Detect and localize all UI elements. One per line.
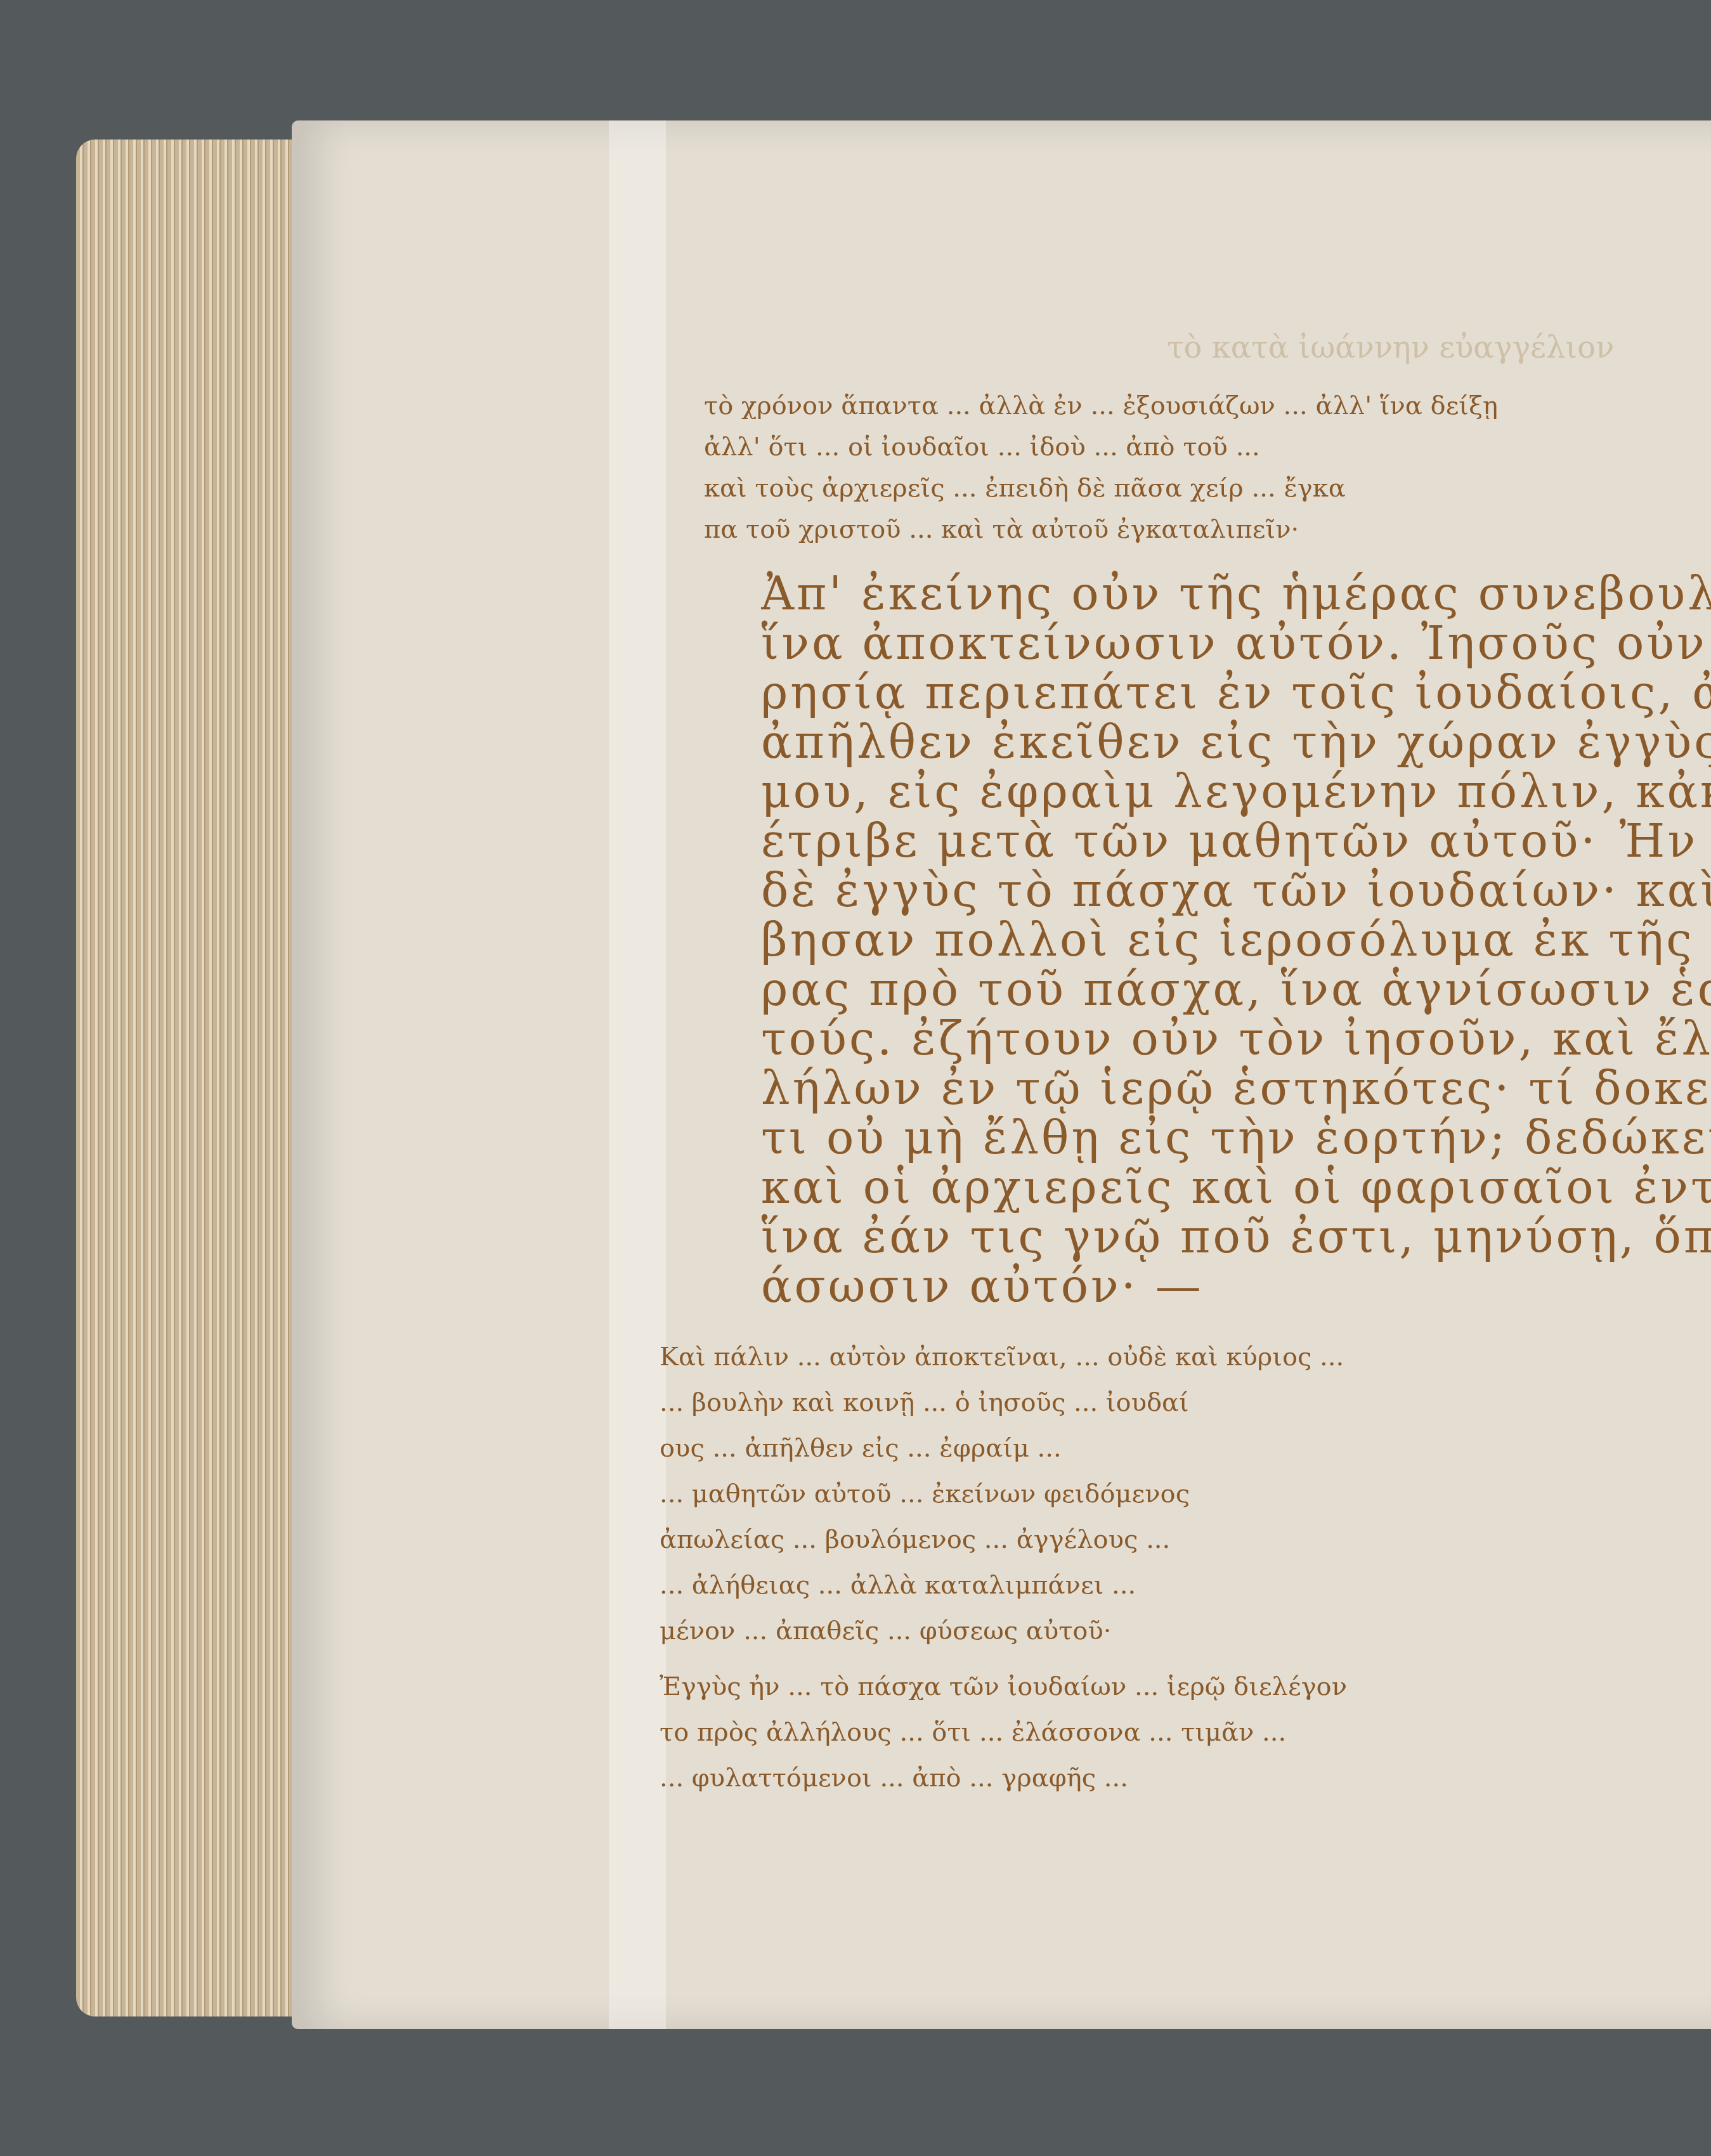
open-manuscript: τὸ κατὰ ἰωάννην εὐαγγέλιον τὸ χρόνον ἅπα… (76, 120, 1700, 2029)
commentary-bottom: Καὶ πάλιν ... αὐτὸν ἀποκτεῖναι, ... οὐδὲ… (660, 1344, 1711, 1664)
running-head: τὸ κατὰ ἰωάννην εὐαγγέλιον (1167, 330, 1614, 365)
commentary-final: Ἐγγὺς ἦν ... τὸ πάσχα τῶν ἰουδαίων ... ἱ… (660, 1674, 1711, 1811)
gospel-text: Ἀπ' ἐκείνης οὖν τῆς ἡμέρας συνεβουλεύσαν… (761, 571, 1711, 1313)
commentary-top: τὸ χρόνον ἅπαντα ... ἀλλὰ ἐν ... ἐξουσιά… (704, 393, 1711, 558)
manuscript-page: τὸ κατὰ ἰωάννην εὐαγγέλιον τὸ χρόνον ἅπα… (292, 120, 1711, 2029)
page-edges (76, 140, 317, 2016)
binding-tape (609, 120, 666, 2029)
